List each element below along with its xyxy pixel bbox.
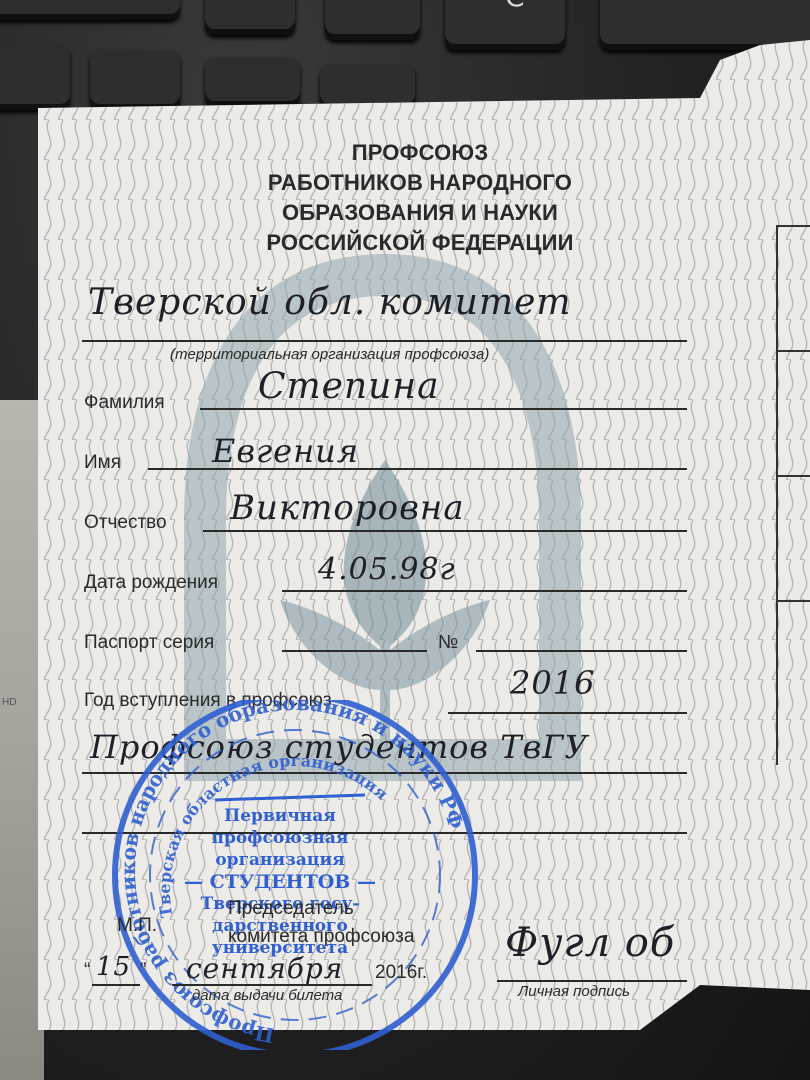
field-line (82, 340, 687, 342)
heading-line: ОБРАЗОВАНИЯ И НАУКИ (160, 198, 680, 228)
surname-value: Степина (258, 366, 440, 407)
right-panel-lines (776, 225, 810, 765)
signature-caption: Личная подпись (518, 983, 630, 1000)
committee-label: комитета профсоюза (228, 926, 414, 948)
field-line (172, 984, 372, 986)
join-year-value: 2016 (510, 664, 595, 702)
seal-label: М.П. (117, 915, 157, 937)
issue-month: сентября (186, 952, 343, 985)
field-line (282, 650, 427, 652)
stamp-line: профсоюзная (175, 827, 385, 849)
divider (778, 350, 810, 475)
stamp-line: Первичная (175, 805, 385, 827)
issue-year: 2016г. (375, 962, 427, 984)
passport-series-label: Паспорт серия (84, 632, 214, 654)
issue-date-caption: дата выдачи билета (192, 987, 342, 1004)
divider (778, 475, 810, 600)
stamp-line: — СТУДЕНТОВ — (175, 871, 385, 893)
heading-line: ПРОФСОЮЗ (160, 138, 680, 168)
birth-date-label: Дата рождения (84, 572, 218, 594)
stamp-line: организация (175, 849, 385, 871)
territorial-org-caption: (территориальная организация профсоюза) (170, 346, 489, 363)
surname-label: Фамилия (84, 392, 165, 414)
union-card: ПРОФСОЮЗ РАБОТНИКОВ НАРОДНОГО ОБРАЗОВАНИ… (0, 0, 810, 1080)
patronymic-label: Отчество (84, 512, 167, 534)
patronymic-value: Викторовна (230, 488, 465, 528)
field-line (148, 468, 687, 470)
birth-date-value: 4.05.98г (318, 552, 456, 587)
name-value: Евгения (212, 432, 359, 470)
name-label: Имя (84, 452, 121, 474)
signature-value: Фугл об (505, 920, 675, 966)
field-line (282, 590, 687, 592)
heading-line: РАБОТНИКОВ НАРОДНОГО (160, 168, 680, 198)
chairman-label: Председатель (228, 898, 354, 920)
divider (778, 600, 810, 725)
field-line (476, 650, 687, 652)
date-open-quote: “ (84, 960, 90, 982)
divider (778, 225, 810, 350)
issue-day: 15 (96, 952, 131, 982)
heading-line: РОССИЙСКОЙ ФЕДЕРАЦИИ (160, 228, 680, 258)
date-close-quote: ” (140, 960, 146, 982)
passport-number-label: № (438, 632, 458, 654)
field-line (497, 980, 687, 982)
field-line (203, 530, 687, 532)
territorial-org-value: Тверской обл. комитет (88, 282, 572, 323)
card-heading: ПРОФСОЮЗ РАБОТНИКОВ НАРОДНОГО ОБРАЗОВАНИ… (160, 138, 680, 258)
field-line (200, 408, 687, 410)
field-line (92, 984, 140, 986)
